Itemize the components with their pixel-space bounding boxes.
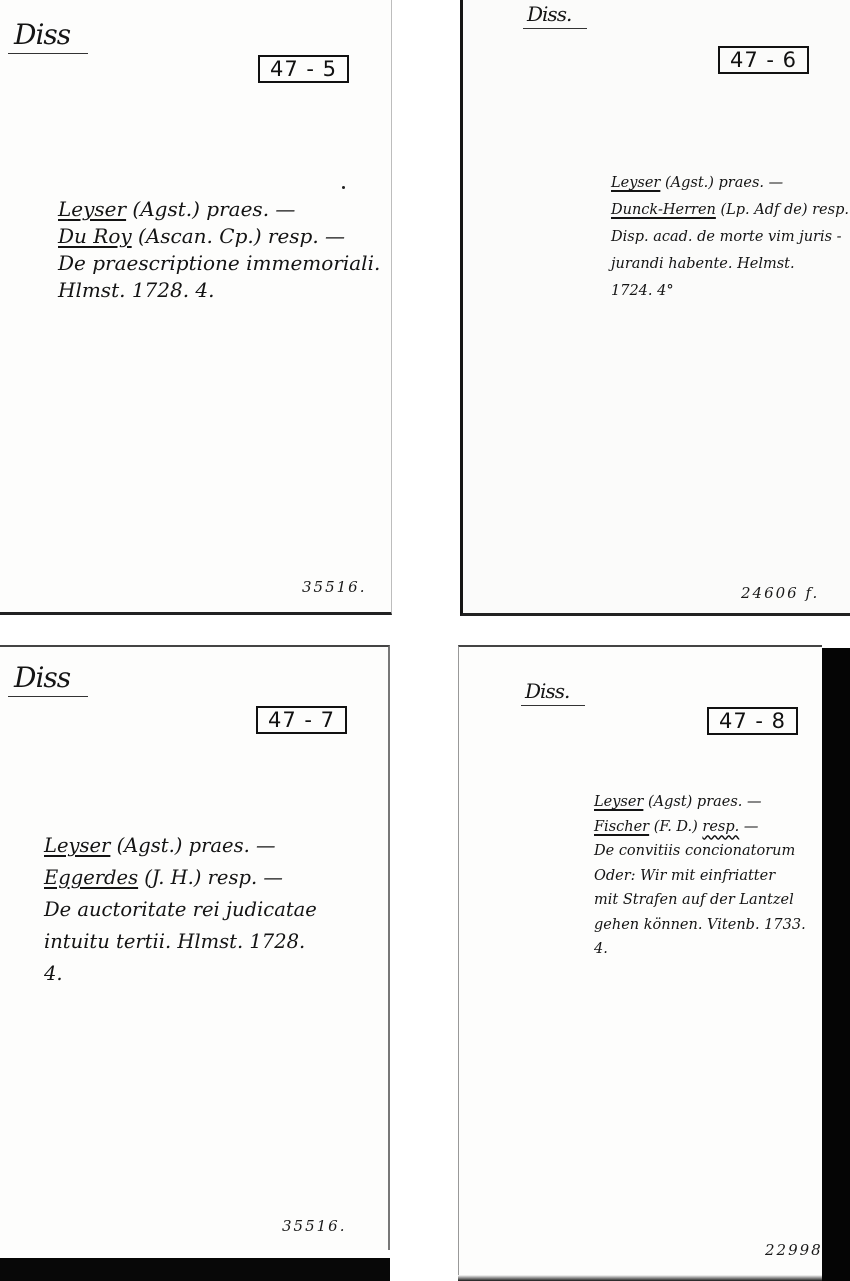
card-number-box: 47 - 7 [256,706,347,734]
diss-marker: Diss. [521,679,585,706]
speck [342,186,345,189]
entry-line-subtitle-cont: mit Strafen auf der Lantzel [594,888,806,913]
entry-line-title: De praescriptione immemoriali. [58,250,380,277]
entry-text: Leyser (Agst.) praes. — Eggerdes (J. H.)… [44,830,317,990]
entry-line-subtitle: Oder: Wir mit einfriatter [594,864,806,889]
shelfmark: 35516. [302,578,367,596]
entry-line-format: 4. [44,958,317,990]
entry-line-imprint: gehen können. Vitenb. 1733. [594,913,806,938]
card-number-box: 47 - 6 [718,46,809,74]
entry-text: Leyser (Agst.) praes. — Du Roy (Ascan. C… [58,196,380,304]
entry-line-author: Leyser (Agst.) praes. — [58,196,380,223]
catalog-card-47-7: Diss 47 - 7 Leyser (Agst.) praes. — Egge… [0,645,390,1250]
card-number-box: 47 - 8 [707,707,798,735]
entry-line-author: Leyser (Agst) praes. — [594,790,806,815]
resp-abbrev: resp. [702,819,739,835]
diss-marker: Diss [8,18,88,54]
author-name: Leyser [44,834,110,857]
respondent-name: Eggerdes [44,866,138,889]
entry-line-title-cont: intuitu tertii. Hlmst. 1728. [44,926,317,958]
author-name: Leyser [611,175,660,191]
catalog-card-47-8: Diss. 47 - 8 Leyser (Agst) praes. — Fisc… [458,645,822,1281]
shelfmark: 35516. [282,1217,347,1235]
author-name: Leyser [58,197,126,221]
entry-line-respondent: Fischer (F. D.) resp. — [594,815,806,840]
entry-line-title-cont: jurandi habente. Helmst. [611,251,850,278]
entry-line-author: Leyser (Agst.) praes. — [44,830,317,862]
respondent-name: Dunck-Herren [611,202,716,218]
entry-line-format: 4. [594,937,806,962]
entry-line-imprint: 1724. 4° [611,278,850,305]
entry-text: Leyser (Agst) praes. — Fischer (F. D.) r… [594,790,806,962]
scanner-shadow-right [822,648,850,1281]
card-number-box: 47 - 5 [258,55,349,83]
entry-line-title: De convitiis concionatorum [594,839,806,864]
diss-marker: Diss. [523,2,587,29]
entry-line-title: De auctoritate rei judicatae [44,894,317,926]
respondent-name: Du Roy [58,224,132,248]
entry-line-respondent: Eggerdes (J. H.) resp. — [44,862,317,894]
scanner-shadow-bottom [458,1275,822,1281]
diss-marker: Diss [8,661,88,697]
catalog-card-47-6: Diss. 47 - 6 Leyser (Agst.) praes. — Dun… [460,0,850,616]
author-name: Leyser [594,794,643,810]
entry-line-respondent: Dunck-Herren (Lp. Adf de) resp. — [611,197,850,224]
respondent-name: Fischer [594,819,649,835]
entry-text: Leyser (Agst.) praes. — Dunck-Herren (Lp… [611,170,850,305]
entry-line-respondent: Du Roy (Ascan. Cp.) resp. — [58,223,380,250]
catalog-card-47-5: Diss 47 - 5 Leyser (Agst.) praes. — Du R… [0,0,392,615]
entry-line-imprint: Hlmst. 1728. 4. [58,277,380,304]
scanner-shadow [0,1258,390,1281]
entry-line-title: Disp. acad. de morte vim juris - [611,224,850,251]
shelfmark: 24606 f. [741,584,819,602]
entry-line-author: Leyser (Agst.) praes. — [611,170,850,197]
